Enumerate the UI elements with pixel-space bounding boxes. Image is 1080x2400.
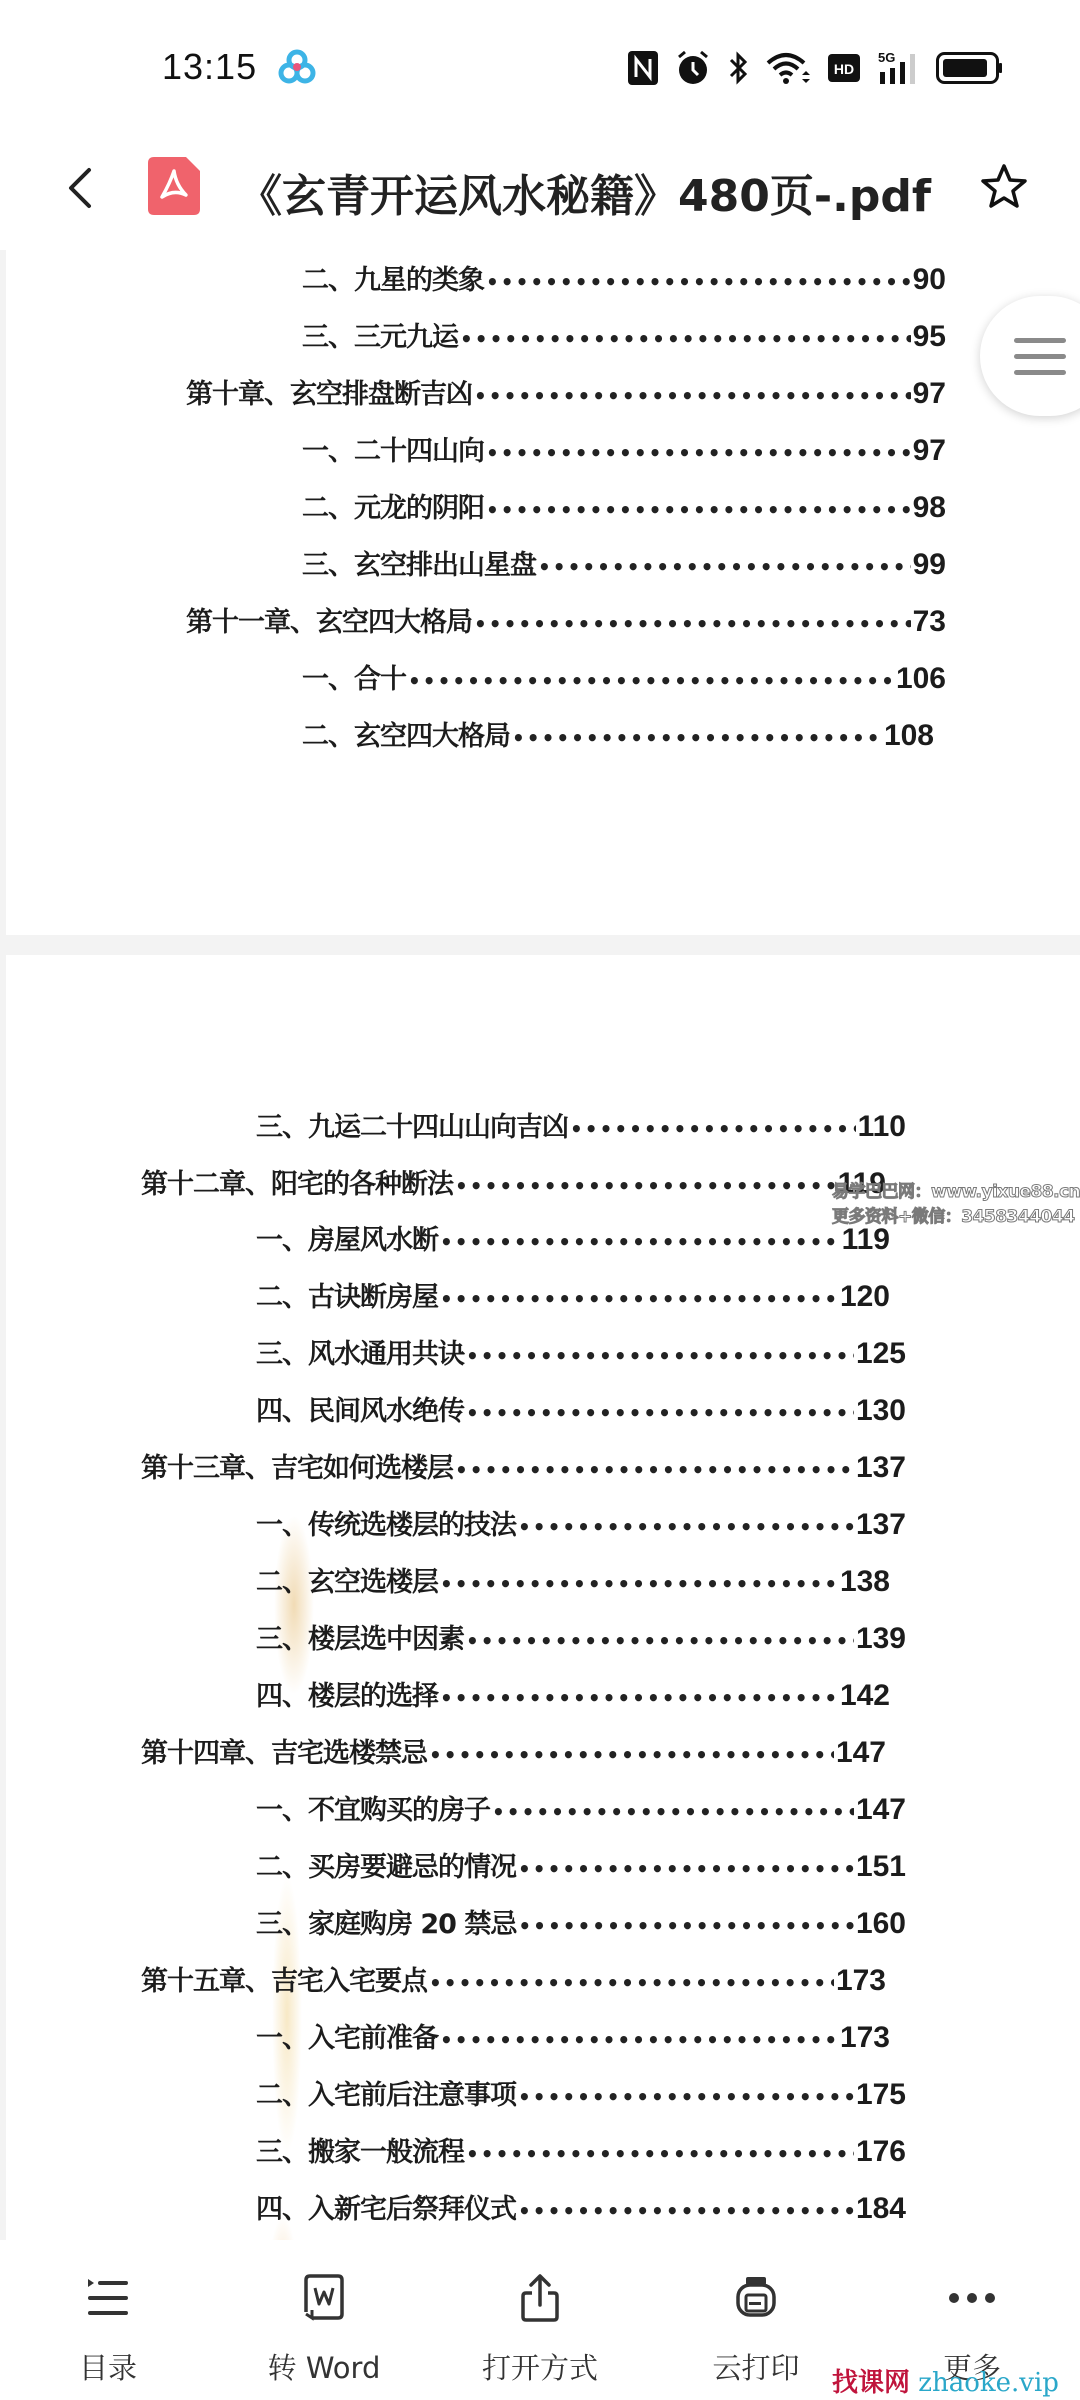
hamburger-menu-icon [1014,338,1066,343]
convert-word-button[interactable]: 转 Word [216,2240,432,2400]
toc-list-icon [80,2270,136,2326]
toc-chapter[interactable]: 第十五章、吉宅入宅要点•••••••••••••••••••••••••••••… [141,1959,886,1998]
toc-entry[interactable]: 二、古诀断房屋•••••••••••••••••••••••••••••••••… [256,1275,890,1314]
back-button[interactable] [50,158,110,222]
printer-icon [728,2270,784,2326]
svg-text:HD: HD [834,61,854,77]
toc-entry[interactable]: 一、传统选楼层的技法••••••••••••••••••••••••••••••… [256,1503,906,1542]
favorite-button[interactable] [972,156,1036,220]
word-convert-icon [296,2270,352,2326]
toc-entry[interactable]: 二、元龙的阴阳•••••••••••••••••••••••••••••••••… [302,486,946,525]
brand-watermark: 找课网 zhaoke.vip [832,2362,1059,2399]
toc-entry[interactable]: 二、玄空选楼层•••••••••••••••••••••••••••••••••… [256,1560,890,1599]
toc-entry[interactable]: 一、二十四山向•••••••••••••••••••••••••••••••••… [302,429,946,468]
toc-entry[interactable]: 二、玄空四大格局••••••••••••••••••••••••••••••••… [302,714,934,753]
pdf-viewport[interactable]: 二、九星的类象•••••••••••••••••••••••••••••••••… [0,250,1080,2240]
battery-icon [936,52,1004,84]
document-title: 《玄青开运风水秘籍》480页-.pdf [238,160,931,224]
toc-button[interactable]: 目录 [0,2240,216,2400]
toc-entry[interactable]: 四、民间风水绝传••••••••••••••••••••••••••••••••… [256,1389,906,1428]
toc-entry[interactable]: 二、买房要避忌的情况••••••••••••••••••••••••••••••… [256,1845,906,1884]
bluetooth-icon [728,50,748,86]
more-dots-icon [944,2270,1000,2326]
svg-text:5G: 5G [878,50,895,65]
toc-entry[interactable]: 三、家庭购房 20 禁忌••••••••••••••••••••••••••••… [256,1902,906,1941]
toc-chapter[interactable]: 第十二章、阳宅的各种断法••••••••••••••••••••••••••••… [141,1162,886,1201]
toc-entry[interactable]: 三、玄空排出山星盘•••••••••••••••••••••••••••••••… [302,543,946,582]
hamburger-menu-icon-line [1014,370,1066,375]
toc-entry[interactable]: 三、风水通用共诀••••••••••••••••••••••••••••••••… [256,1332,906,1371]
paper-stain [274,1515,314,1695]
5g-signal-icon: 5G [878,50,918,86]
brand-watermark-en: zhaoke.vip [918,2368,1059,2398]
star-outline-icon [980,163,1028,213]
toc-entry[interactable]: 二、入宅前后注意事项••••••••••••••••••••••••••••••… [256,2073,906,2112]
toc-chapter[interactable]: 第十四章、吉宅选楼禁忌•••••••••••••••••••••••••••••… [141,1731,886,1770]
toc-entry[interactable]: 二、九星的类象•••••••••••••••••••••••••••••••••… [302,258,946,297]
alarm-icon [676,50,710,86]
convert-word-label: 转 Word [216,2346,432,2387]
brand-watermark-cn: 找课网 [832,2368,910,2398]
watermark-site: 易学巴巴网：www.yixue88.cn [832,1177,1080,1202]
pdf-page: 二、九星的类象•••••••••••••••••••••••••••••••••… [6,250,1080,935]
toc-chapter[interactable]: 第十章、玄空排盘断吉凶•••••••••••••••••••••••••••••… [186,372,946,411]
hamburger-menu-icon-line [1014,354,1066,359]
pdf-icon [148,157,200,215]
nfc-icon [628,51,658,85]
title-bar: 《玄青开运风水秘籍》480页-.pdf [0,130,1080,250]
status-time: 13:15 [162,46,257,88]
status-bar: 13:15 HD 5G [0,0,1080,130]
toc-entry[interactable]: 三、九运二十四山山向吉凶••••••••••••••••••••••••••••… [256,1105,906,1144]
toc-entry[interactable]: 一、合十••••••••••••••••••••••••••••••••••••… [302,657,946,696]
wifi-icon [766,51,810,85]
toc-chapter[interactable]: 第十一章、玄空四大格局•••••••••••••••••••••••••••••… [186,600,946,639]
app-badge-icon [278,48,316,86]
toc-entry[interactable]: 一、不宜购买的房子•••••••••••••••••••••••••••••••… [256,1788,906,1827]
toc-button-label: 目录 [0,2346,216,2387]
pdf-page: 三、九运二十四山山向吉凶••••••••••••••••••••••••••••… [6,955,1080,2240]
watermark-contact: 更多资料+微信：3458344044 [832,1202,1075,1227]
toc-chapter[interactable]: 第十三章、吉宅如何选楼层••••••••••••••••••••••••••••… [141,1446,906,1485]
toc-entry[interactable]: 三、楼层选中因素••••••••••••••••••••••••••••••••… [256,1617,906,1656]
toc-entry[interactable]: 三、三元九运••••••••••••••••••••••••••••••••••… [302,315,946,354]
toc-entry[interactable]: 四、楼层的选择•••••••••••••••••••••••••••••••••… [256,1674,890,1713]
open-with-label: 打开方式 [432,2346,648,2387]
share-open-icon [512,2270,568,2326]
toc-entry[interactable]: 一、房屋风水断•••••••••••••••••••••••••••••••••… [256,1218,890,1257]
toc-entry[interactable]: 四、入新宅后祭拜仪式••••••••••••••••••••••••••••••… [256,2187,906,2226]
status-icons: HD 5G [628,50,1004,86]
hd-icon: HD [828,54,860,82]
open-with-button[interactable]: 打开方式 [432,2240,648,2400]
chevron-left-icon [65,166,95,214]
toc-entry[interactable]: 三、搬家一般流程••••••••••••••••••••••••••••••••… [256,2130,906,2169]
toc-entry[interactable]: 一、入宅前准备•••••••••••••••••••••••••••••••••… [256,2016,890,2055]
